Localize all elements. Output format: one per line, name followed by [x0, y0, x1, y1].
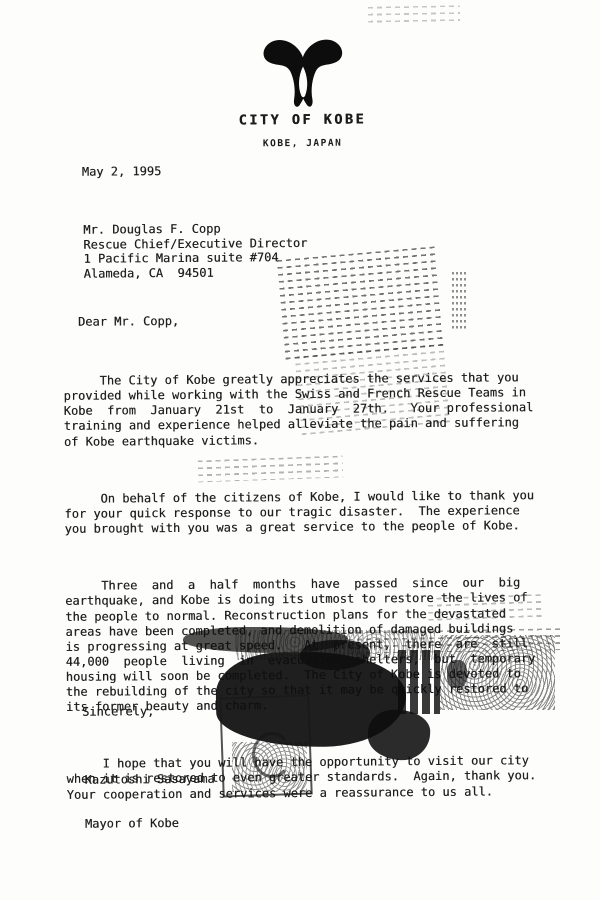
- valediction: Sincerely,: [82, 704, 154, 720]
- letter-content: CITY OF KOBE KOBE, JAPAN May 2, 1995 Mr.…: [0, 0, 600, 900]
- text-line: 1 Pacific Marina suite #704: [83, 250, 307, 266]
- paragraph-1: The City of Kobe greatly appreciates the…: [63, 370, 533, 449]
- signer-name: Kazutoshi Sasayama: [85, 772, 215, 788]
- salutation: Dear Mr. Copp,: [78, 314, 179, 330]
- kobe-city-emblem-icon: [257, 33, 350, 112]
- text-line: Alameda, CA 94501: [84, 264, 308, 280]
- text-line: you brought with you was a great service…: [65, 518, 535, 537]
- org-location: KOBE, JAPAN: [8, 136, 598, 152]
- scanned-letter-page: CITY OF KOBE KOBE, JAPAN May 2, 1995 Mr.…: [0, 0, 600, 900]
- text-line: of Kobe earthquake victims.: [64, 431, 534, 450]
- paragraph-2: On behalf of the citizens of Kobe, I wou…: [64, 488, 534, 537]
- signature-block: Kazutoshi Sasayama Mayor of Kobe: [84, 743, 215, 860]
- org-name: CITY OF KOBE: [7, 110, 597, 131]
- recipient-address-block: Mr. Douglas F. CoppRescue Chief/Executiv…: [83, 221, 307, 281]
- letter-date: May 2, 1995: [82, 164, 162, 180]
- signer-title: Mayor of Kobe: [85, 815, 215, 831]
- paragraph-3: Three and a half months have passed sinc…: [65, 575, 536, 715]
